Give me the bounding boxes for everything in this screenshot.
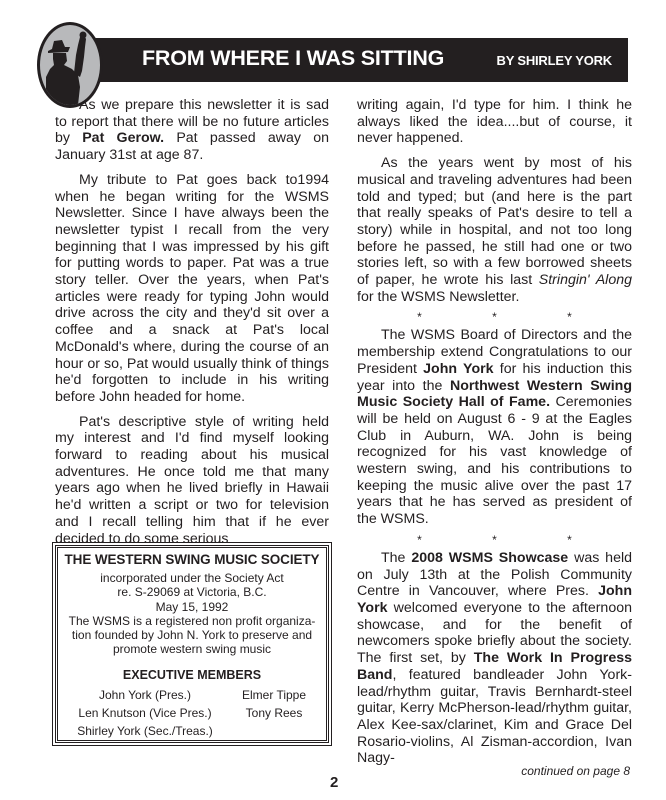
executive-members-list: John York (Pres.) Elmer Tippe Len Knutso… bbox=[58, 688, 326, 739]
society-title: THE WESTERN SWING MUSIC SOCIETY bbox=[58, 553, 326, 567]
asterisk: * bbox=[492, 311, 497, 323]
member-name: Shirley York (Sec./Treas.) bbox=[66, 724, 224, 738]
right-column: writing again, I'd type for him. I think… bbox=[357, 97, 632, 775]
continued-note: continued on page 8 bbox=[521, 764, 630, 778]
society-line: re. S-29069 at Victoria, B.C. bbox=[58, 585, 326, 599]
asterisk: * bbox=[492, 534, 497, 546]
paragraph: As we prepare this newsletter it is sad … bbox=[55, 97, 329, 164]
paragraph: My tribute to Pat goes back to1994 when … bbox=[55, 172, 329, 406]
title-banner: FROM WHERE I WAS SITTING BY SHIRLEY YORK bbox=[95, 38, 628, 82]
society-line: May 15, 1992 bbox=[58, 600, 326, 614]
society-info-box: THE WESTERN SWING MUSIC SOCIETY incorpor… bbox=[55, 545, 329, 743]
article-header: FROM WHERE I WAS SITTING BY SHIRLEY YORK bbox=[0, 0, 666, 110]
paragraph: Pat's descriptive style of writing held … bbox=[55, 414, 329, 548]
cowboy-fiddler-silhouette-icon bbox=[37, 22, 103, 108]
article-title: FROM WHERE I WAS SITTING bbox=[142, 46, 444, 71]
paragraph: As the years went by most of his musical… bbox=[357, 155, 632, 305]
member-name bbox=[224, 724, 324, 738]
member-name: Len Knutson (Vice Pres.) bbox=[66, 706, 224, 720]
bold-name: Pat Gerow. bbox=[82, 130, 164, 146]
asterisk: * bbox=[567, 534, 572, 546]
column-title-italic: Stringin' Along bbox=[539, 272, 632, 288]
executive-members-heading: EXECUTIVE MEMBERS bbox=[58, 668, 326, 682]
section-separator: * * * bbox=[357, 534, 632, 546]
page-number: 2 bbox=[330, 774, 338, 791]
asterisk: * bbox=[417, 311, 422, 323]
society-line: incorporated under the Society Act bbox=[58, 571, 326, 585]
member-name: Tony Rees bbox=[224, 706, 324, 720]
paragraph: The WSMS Board of Directors and the memb… bbox=[357, 327, 632, 527]
society-line: tion founded by John N. York to preserve… bbox=[58, 628, 326, 642]
member-name: John York (Pres.) bbox=[66, 688, 224, 702]
asterisk: * bbox=[567, 311, 572, 323]
author-byline: BY SHIRLEY YORK bbox=[497, 53, 612, 68]
member-name: Elmer Tippe bbox=[224, 688, 324, 702]
society-line: The WSMS is a registered non profit orga… bbox=[58, 614, 326, 628]
paragraph: writing again, I'd type for him. I think… bbox=[357, 97, 632, 147]
section-separator: * * * bbox=[357, 311, 632, 323]
left-column: As we prepare this newsletter it is sad … bbox=[55, 97, 329, 555]
paragraph: The 2008 WSMS Showcase was held on July … bbox=[357, 550, 632, 767]
asterisk: * bbox=[417, 534, 422, 546]
society-line: promote western swing music bbox=[58, 642, 326, 656]
